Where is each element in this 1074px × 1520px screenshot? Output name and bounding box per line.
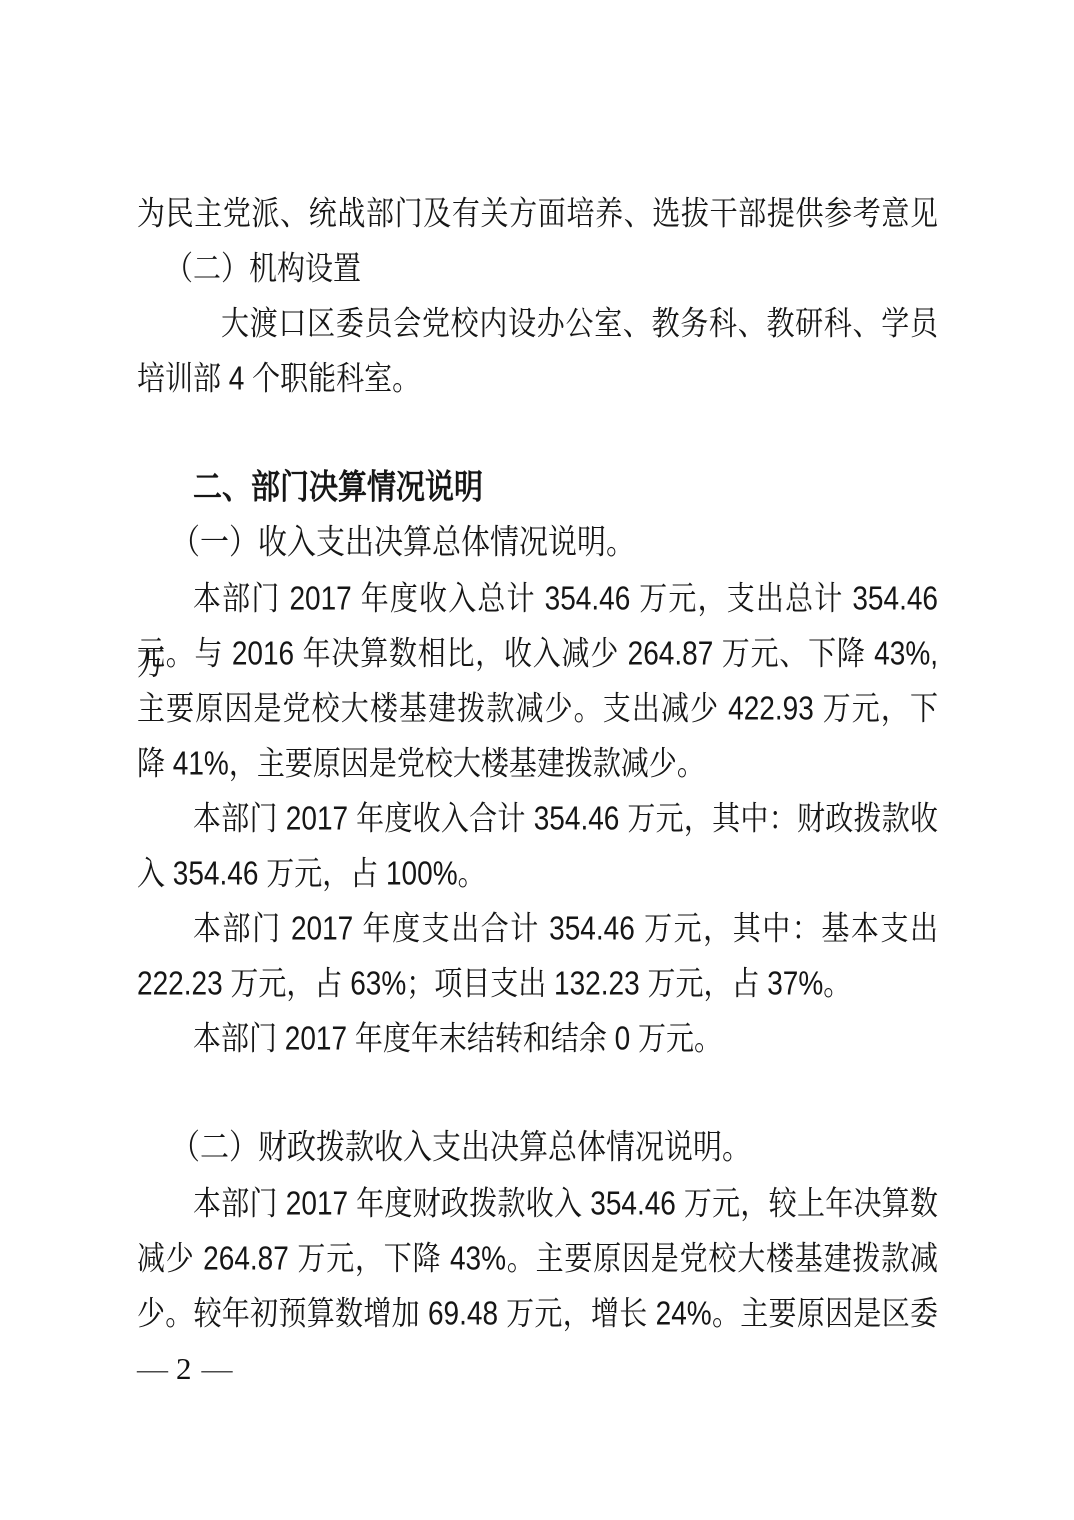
- document-body: 为民主党派、统战部门及有关方面培养、选拔干部提供参考意见（二）机构设置大渡口区委…: [137, 186, 938, 1341]
- page-footer: —2—: [137, 1344, 231, 1394]
- page-number: 2: [166, 1351, 202, 1386]
- document-page: 为民主党派、统战部门及有关方面培养、选拔干部提供参考意见（二）机构设置大渡口区委…: [0, 0, 1074, 1520]
- footer-dash-left: —: [137, 1351, 166, 1386]
- paragraph-line: 少。较年初预算数增加 69.48 万元，增长 24%。主要原因是区委: [137, 1281, 938, 1346]
- footer-dash-right: —: [202, 1351, 231, 1386]
